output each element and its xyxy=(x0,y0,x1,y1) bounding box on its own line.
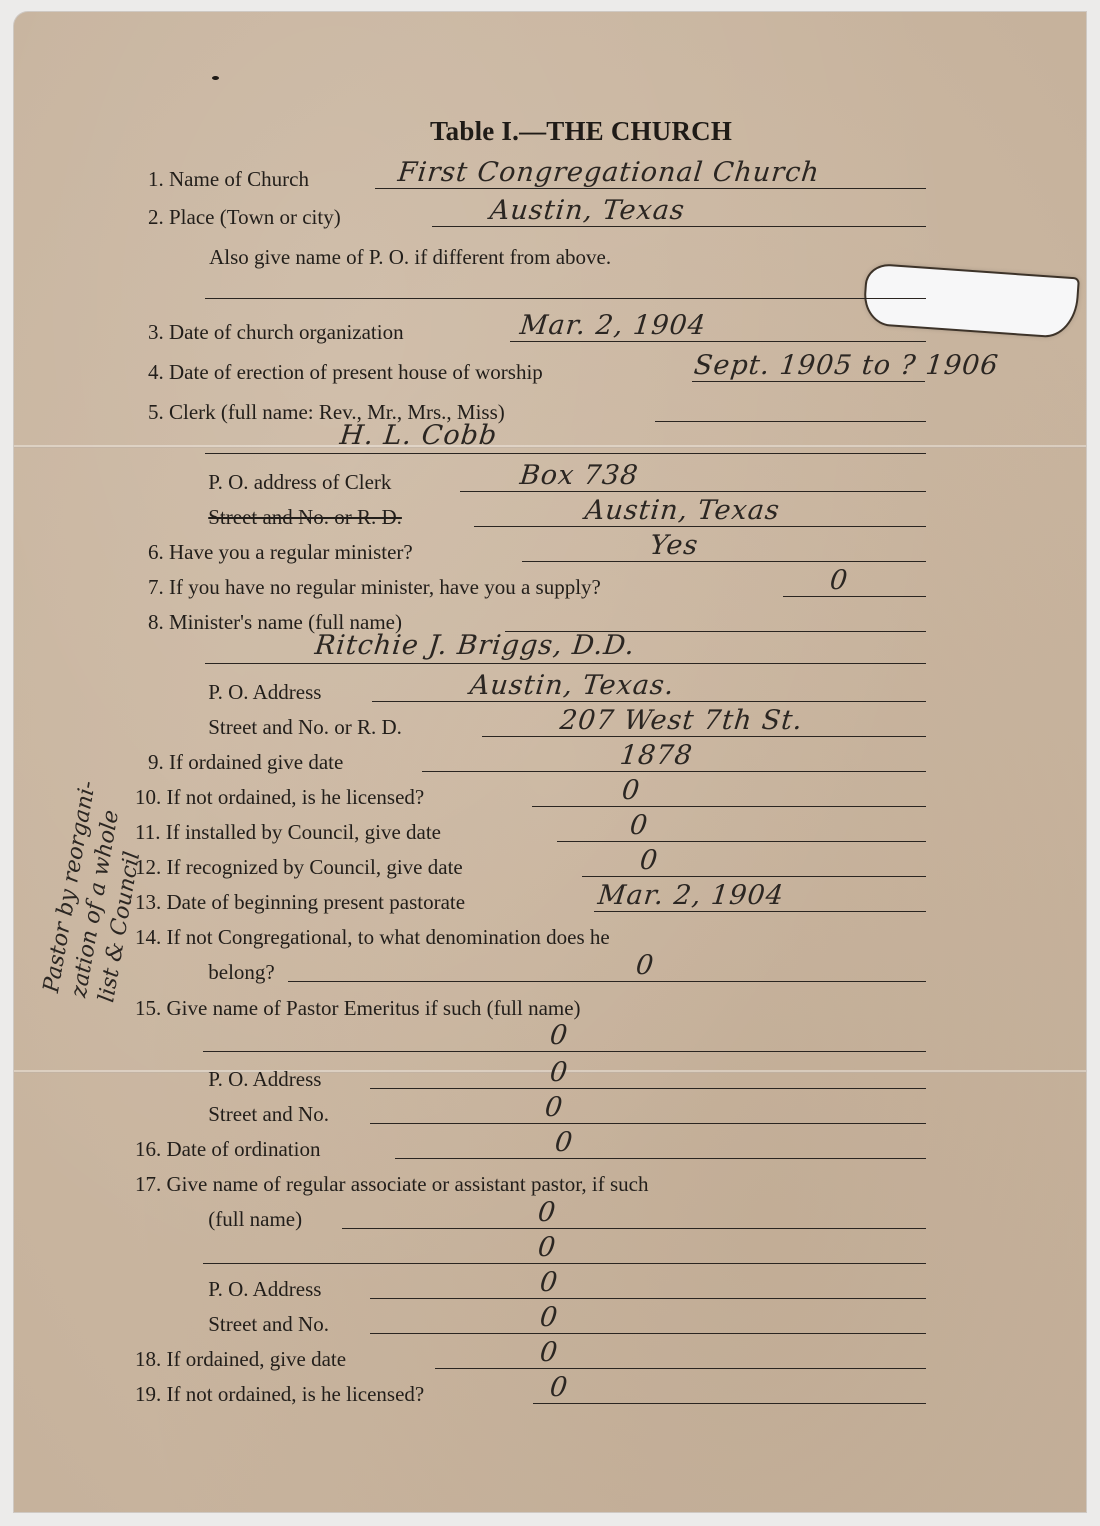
form-field-row: 10. If not ordained, is he licensed?0 xyxy=(0,778,1100,808)
form-field-row: 15. Give name of Pastor Emeritus if such… xyxy=(0,989,1100,1019)
field-label-text: P. O. Address xyxy=(208,1067,321,1091)
answer-line xyxy=(582,876,926,877)
handwritten-answer[interactable]: 0 xyxy=(543,1092,564,1123)
field-label-text: Place (Town or city) xyxy=(169,205,341,229)
answer-line xyxy=(532,806,926,807)
form-field-row: 8. Minister's name (full name) xyxy=(0,603,1100,633)
handwritten-answer[interactable]: 0 xyxy=(628,810,649,841)
field-label-text: If not ordained, is he licensed? xyxy=(167,1382,425,1406)
field-label: Street and No. or R. D. xyxy=(203,717,402,738)
handwritten-answer[interactable]: 207 West 7th St. xyxy=(558,705,804,736)
answer-line xyxy=(205,298,926,299)
field-label-text: Date of beginning present pastorate xyxy=(167,890,466,914)
form-field-row: P. O. Address0 xyxy=(0,1270,1100,1300)
field-label-text: Give name of regular associate or assist… xyxy=(167,1172,649,1196)
field-label-text: If ordained give date xyxy=(169,750,343,774)
field-label: 9. If ordained give date xyxy=(148,752,343,773)
handwritten-answer[interactable]: 0 xyxy=(634,950,655,981)
handwritten-answer[interactable]: Sept. 1905 to ? 1906 xyxy=(692,350,1000,381)
form-field-row: P. O. AddressAustin, Texas. xyxy=(0,673,1100,703)
field-label: 4. Date of erection of present house of … xyxy=(148,362,543,383)
form-field-row: 12. If recognized by Council, give date0 xyxy=(0,848,1100,878)
field-label: Also give name of P. O. if different fro… xyxy=(205,247,611,268)
field-label-text: Street and No. or R. D. xyxy=(208,505,402,529)
field-label-text: Give name of Pastor Emeritus if such (fu… xyxy=(167,996,581,1020)
answer-line xyxy=(533,1403,926,1404)
field-number: 1. xyxy=(148,169,164,190)
form-field-row: Street and No.0 xyxy=(0,1095,1100,1125)
handwritten-answer[interactable]: 0 xyxy=(828,565,849,596)
answer-line xyxy=(692,381,925,382)
form-field-row: Also give name of P. O. if different fro… xyxy=(0,238,1100,268)
form-field-row: 7. If you have no regular minister, have… xyxy=(0,568,1100,598)
handwritten-answer[interactable]: Mar. 2, 1904 xyxy=(518,310,707,341)
handwritten-answer[interactable]: 0 xyxy=(638,845,659,876)
field-label-text: (full name) xyxy=(208,1207,302,1231)
field-label-text: Name of Church xyxy=(169,167,309,191)
field-label-text: P. O. Address xyxy=(208,1277,321,1301)
form-field-row: 0 xyxy=(0,1023,1100,1053)
field-label-text: If you have no regular minister, have yo… xyxy=(169,575,601,599)
answer-line xyxy=(432,226,926,227)
field-number: 4. xyxy=(148,362,164,383)
field-number: 2. xyxy=(148,207,164,228)
form-field-row: 3. Date of church organizationMar. 2, 19… xyxy=(0,313,1100,343)
field-label-text: Also give name of P. O. if different fro… xyxy=(209,245,611,269)
handwritten-answer[interactable]: 0 xyxy=(548,1372,569,1403)
field-label-text: If not Congregational, to what denominat… xyxy=(167,925,610,949)
form-field-row: 19. If not ordained, is he licensed?0 xyxy=(0,1375,1100,1405)
handwritten-answer[interactable]: First Congregational Church xyxy=(396,157,821,188)
field-label-text: If ordained, give date xyxy=(167,1347,347,1371)
handwritten-answer[interactable]: 0 xyxy=(536,1232,557,1263)
handwritten-answer[interactable]: 0 xyxy=(538,1337,559,1368)
answer-line xyxy=(205,453,926,454)
answer-line xyxy=(510,341,926,342)
handwritten-answer[interactable]: 0 xyxy=(548,1057,569,1088)
field-label: 13. Date of beginning present pastorate xyxy=(135,892,465,913)
handwritten-answer[interactable]: Ritchie J. Briggs, D.D. xyxy=(313,630,636,661)
field-label-text: If not ordained, is he licensed? xyxy=(167,785,425,809)
form-field-row: 6. Have you a regular minister?Yes xyxy=(0,533,1100,563)
field-number: 14. xyxy=(135,927,161,948)
form-field-row: Street and No. or R. D.207 West 7th St. xyxy=(0,708,1100,738)
form-field-row: 5. Clerk (full name: Rev., Mr., Mrs., Mi… xyxy=(0,393,1100,423)
form-field-row: (full name)0 xyxy=(0,1200,1100,1230)
field-label: Street and No. xyxy=(203,1104,329,1125)
field-number: 9. xyxy=(148,752,164,773)
field-label: belong? xyxy=(203,962,275,983)
field-label-text: Date of ordination xyxy=(167,1137,321,1161)
form-field-row: 13. Date of beginning present pastorateM… xyxy=(0,883,1100,913)
field-label-text: Street and No. xyxy=(208,1102,329,1126)
form-field-row: 9. If ordained give date1878 xyxy=(0,743,1100,773)
answer-line xyxy=(783,596,926,597)
field-label: Street and No. or R. D. xyxy=(203,507,402,528)
handwritten-answer[interactable]: 0 xyxy=(538,1267,559,1298)
form-field-row: Ritchie J. Briggs, D.D. xyxy=(0,635,1100,665)
field-label-text: Street and No. xyxy=(208,1312,329,1336)
form-field-row: Street and No. or R. D.Austin, Texas xyxy=(0,498,1100,528)
answer-line xyxy=(203,1263,926,1264)
form-title: Table I.—THE CHURCH xyxy=(0,116,1100,147)
field-label: 17. Give name of regular associate or as… xyxy=(135,1174,649,1195)
field-number: 5. xyxy=(148,402,164,423)
answer-line xyxy=(370,1088,926,1089)
form-field-row: 2. Place (Town or city)Austin, Texas xyxy=(0,198,1100,228)
field-label: 16. Date of ordination xyxy=(135,1139,320,1160)
field-label: 18. If ordained, give date xyxy=(135,1349,346,1370)
form-field-row: 0 xyxy=(0,1235,1100,1265)
form-field-row: 16. Date of ordination0 xyxy=(0,1130,1100,1160)
handwritten-answer[interactable]: Mar. 2, 1904 xyxy=(596,880,785,911)
field-label: 14. If not Congregational, to what denom… xyxy=(135,927,610,948)
form-field-row: 1. Name of ChurchFirst Congregational Ch… xyxy=(0,160,1100,190)
ink-speck xyxy=(212,76,219,80)
field-number: 6. xyxy=(148,542,164,563)
form-field-row: P. O. Address0 xyxy=(0,1060,1100,1090)
field-label-text: Date of church organization xyxy=(169,320,404,344)
field-label: 11. If installed by Council, give date xyxy=(135,822,441,843)
handwritten-answer[interactable]: 0 xyxy=(620,775,641,806)
handwritten-answer[interactable]: Austin, Texas. xyxy=(468,670,676,701)
field-number: 18. xyxy=(135,1349,161,1370)
handwritten-answer[interactable]: 0 xyxy=(536,1197,557,1228)
field-label: 15. Give name of Pastor Emeritus if such… xyxy=(135,998,581,1019)
form-field-row: 17. Give name of regular associate or as… xyxy=(0,1165,1100,1195)
form-field-row: Street and No.0 xyxy=(0,1305,1100,1335)
field-number: 8. xyxy=(148,612,164,633)
handwritten-answer[interactable]: H. L. Cobb xyxy=(338,420,499,451)
answer-line xyxy=(655,421,926,422)
form-field-row: 14. If not Congregational, to what denom… xyxy=(0,918,1100,948)
handwritten-answer[interactable]: 0 xyxy=(548,1020,569,1051)
form-field-row: 11. If installed by Council, give date0 xyxy=(0,813,1100,843)
answer-line xyxy=(203,1051,926,1052)
field-label: P. O. Address xyxy=(203,682,321,703)
answer-line xyxy=(422,771,926,772)
answer-line xyxy=(370,1333,926,1334)
answer-line xyxy=(435,1368,926,1369)
field-number: 19. xyxy=(135,1384,161,1405)
answer-line xyxy=(375,188,926,189)
field-label: Street and No. xyxy=(203,1314,329,1335)
field-label-text: Street and No. or R. D. xyxy=(208,715,402,739)
answer-line xyxy=(288,981,926,982)
form-field-row: P. O. address of ClerkBox 738 xyxy=(0,463,1100,493)
field-label: P. O. Address xyxy=(203,1069,321,1090)
answer-line xyxy=(557,841,926,842)
field-label-text: If recognized by Council, give date xyxy=(167,855,463,879)
form-field-row xyxy=(0,270,1100,300)
answer-line xyxy=(395,1158,926,1159)
handwritten-answer[interactable]: Yes xyxy=(648,530,700,561)
handwritten-answer[interactable]: 1878 xyxy=(618,740,694,771)
field-label: 10. If not ordained, is he licensed? xyxy=(135,787,424,808)
field-label: (full name) xyxy=(203,1209,302,1230)
handwritten-answer[interactable]: 0 xyxy=(538,1302,559,1333)
answer-line xyxy=(594,911,926,912)
form-field-row: belong?0 xyxy=(0,953,1100,983)
handwritten-answer[interactable]: Austin, Texas xyxy=(583,495,781,526)
handwritten-answer[interactable]: Austin, Texas xyxy=(488,195,686,226)
answer-line xyxy=(370,1123,926,1124)
field-label-text: Have you a regular minister? xyxy=(169,540,413,564)
field-label: 19. If not ordained, is he licensed? xyxy=(135,1384,424,1405)
field-label-text: Date of erection of present house of wor… xyxy=(169,360,543,384)
field-label: 2. Place (Town or city) xyxy=(148,207,341,228)
answer-line xyxy=(474,526,926,527)
field-number: 3. xyxy=(148,322,164,343)
field-number: 7. xyxy=(148,577,164,598)
answer-line xyxy=(205,663,926,664)
answer-line xyxy=(370,1298,926,1299)
field-label-text: P. O. Address xyxy=(208,680,321,704)
handwritten-answer[interactable]: Box 738 xyxy=(518,460,640,491)
field-label: 12. If recognized by Council, give date xyxy=(135,857,463,878)
field-number: 17. xyxy=(135,1174,161,1195)
field-label-text: belong? xyxy=(208,960,274,984)
form-field-row: 4. Date of erection of present house of … xyxy=(0,353,1100,383)
field-label-text: P. O. address of Clerk xyxy=(208,470,391,494)
form-field-row: 18. If ordained, give date0 xyxy=(0,1340,1100,1370)
field-label: 6. Have you a regular minister? xyxy=(148,542,413,563)
answer-line xyxy=(342,1228,926,1229)
field-label-text: If installed by Council, give date xyxy=(166,820,441,844)
field-number: 15. xyxy=(135,998,161,1019)
answer-line xyxy=(372,701,926,702)
field-label: 3. Date of church organization xyxy=(148,322,404,343)
answer-line xyxy=(460,491,926,492)
field-number: 16. xyxy=(135,1139,161,1160)
answer-line xyxy=(482,736,926,737)
field-label: 7. If you have no regular minister, have… xyxy=(148,577,601,598)
field-label: P. O. address of Clerk xyxy=(203,472,391,493)
answer-line xyxy=(522,561,926,562)
handwritten-answer[interactable]: 0 xyxy=(553,1127,574,1158)
field-label: 1. Name of Church xyxy=(148,169,309,190)
field-label: P. O. Address xyxy=(203,1279,321,1300)
form-field-row: H. L. Cobb xyxy=(0,425,1100,455)
